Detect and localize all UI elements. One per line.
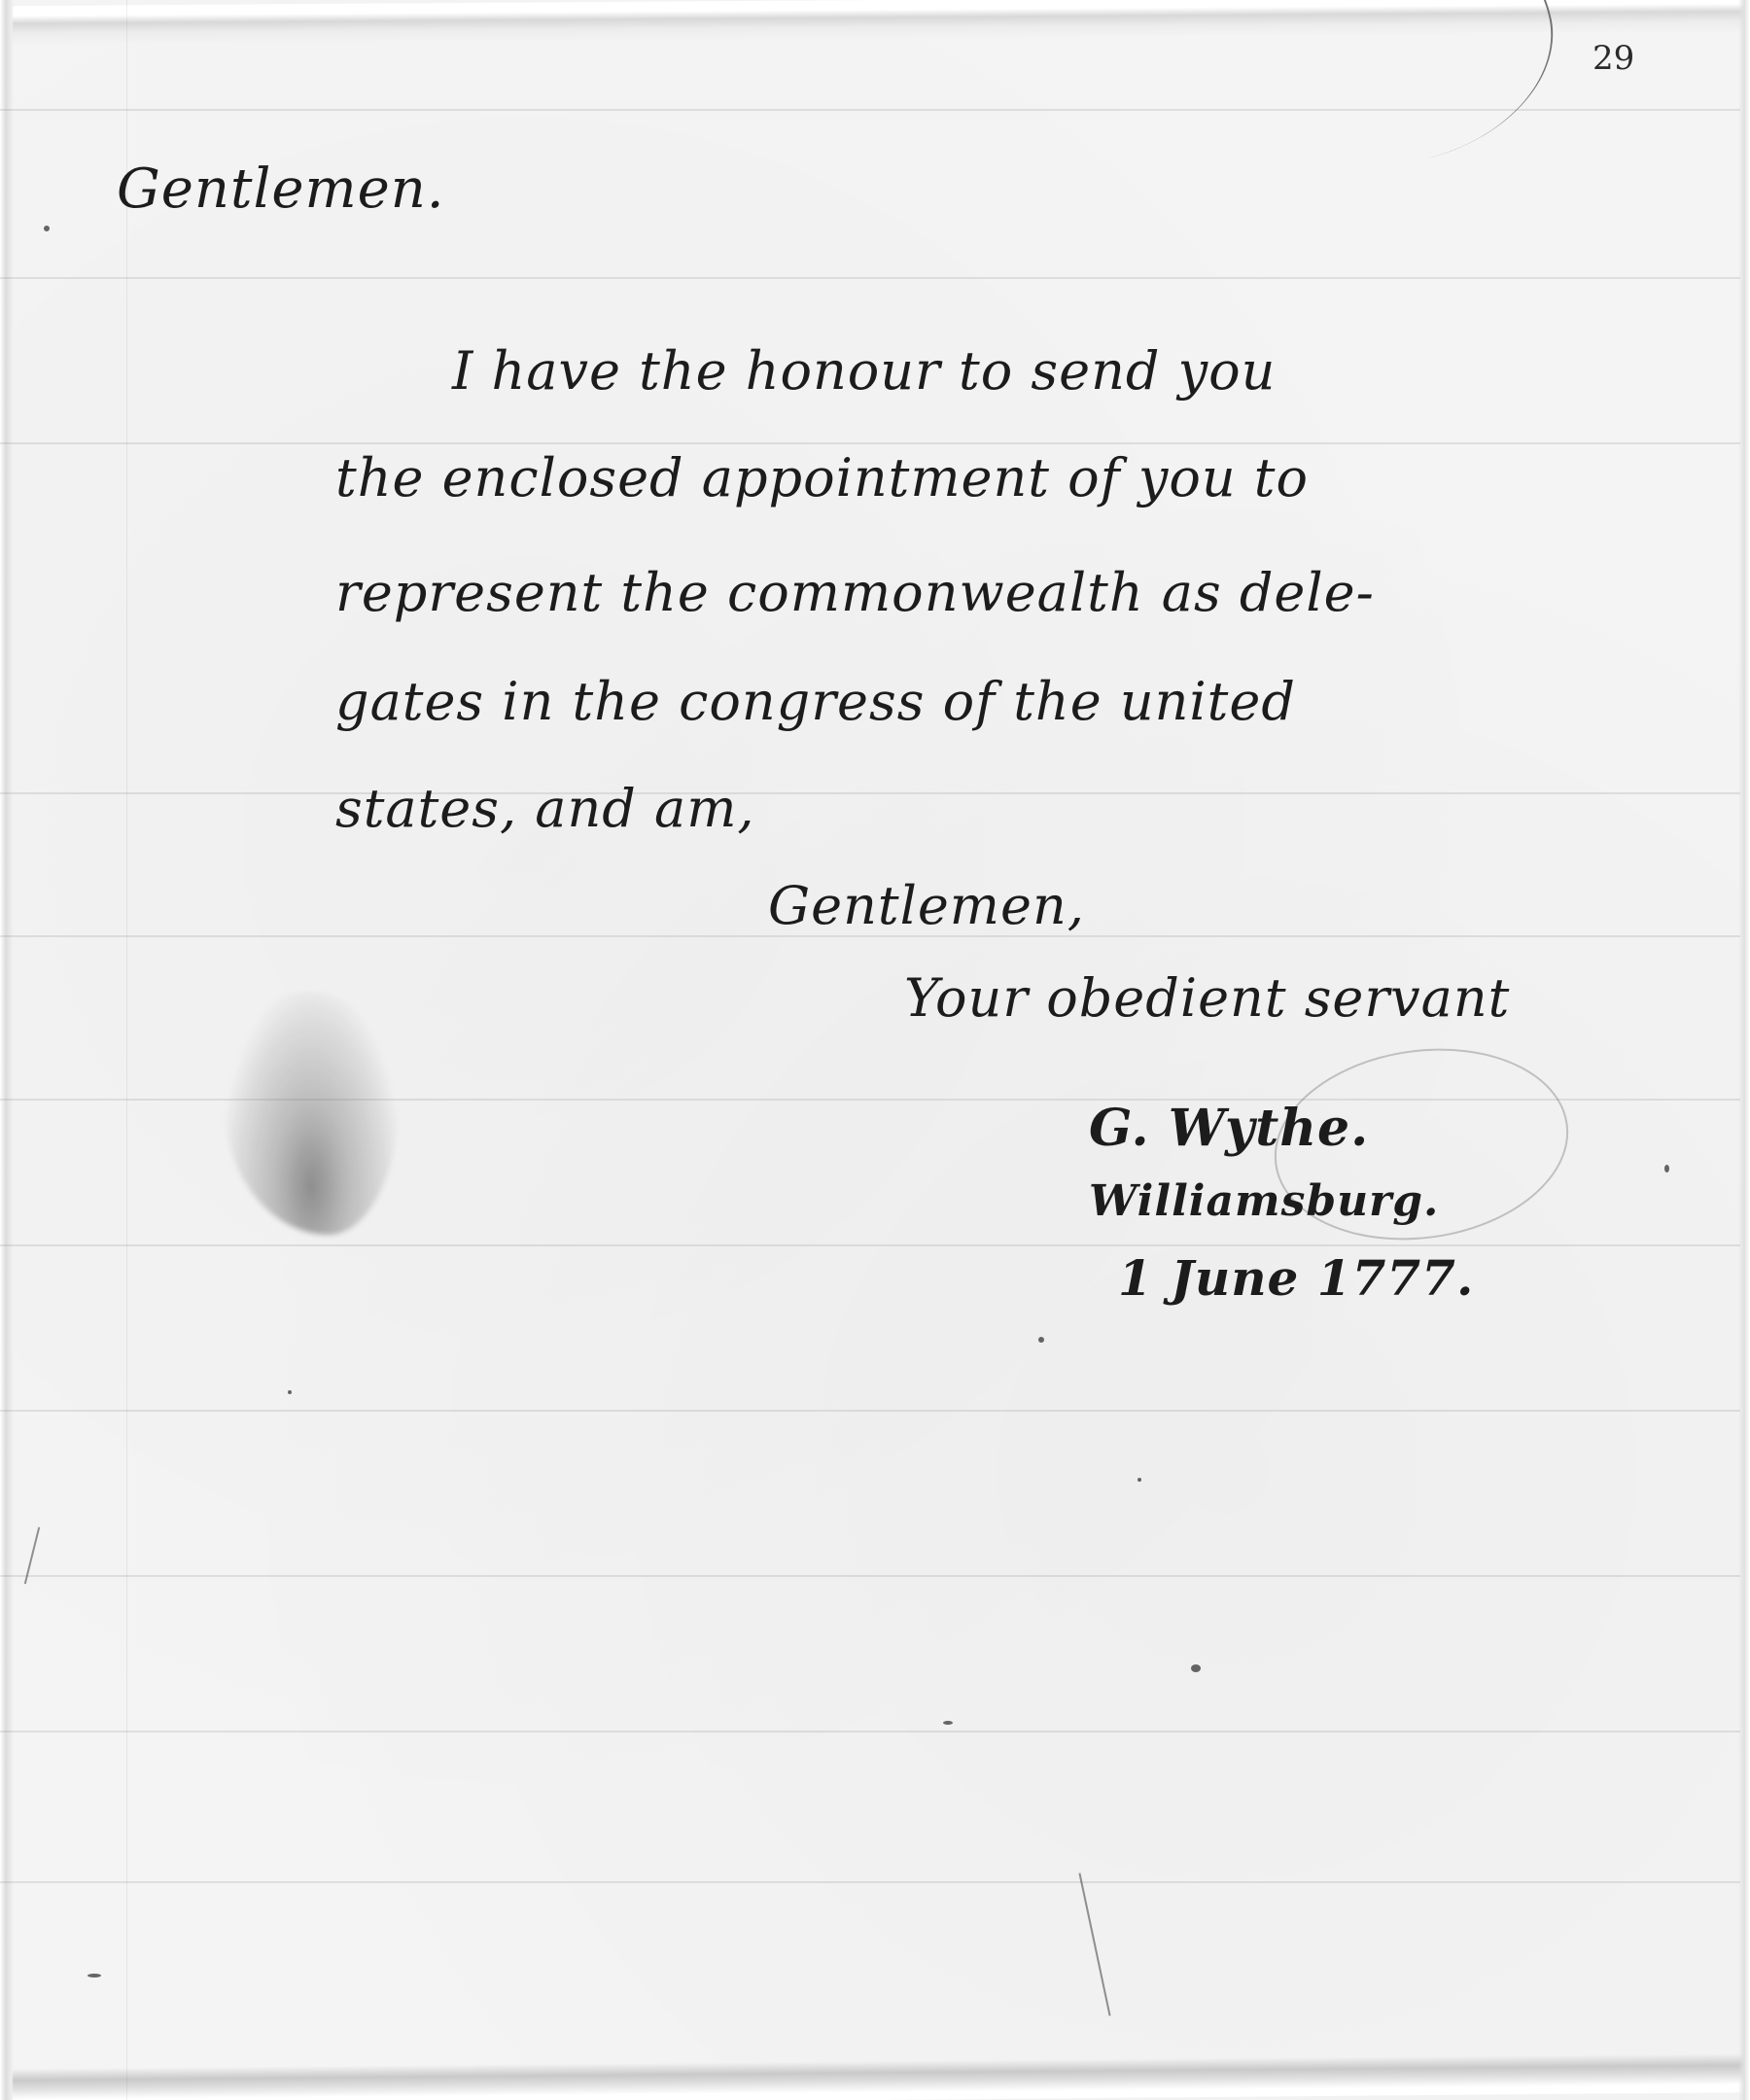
ruled-line (0, 277, 1740, 279)
speck (1137, 1478, 1141, 1482)
ink-stain (224, 992, 399, 1235)
faint-margin-line (126, 0, 127, 2100)
ruled-line (0, 1410, 1740, 1412)
page-bottom-edge (0, 2053, 1750, 2100)
speck (1038, 1337, 1044, 1343)
curved-pen-stroke (1108, 0, 1577, 221)
speck (1664, 1165, 1669, 1172)
speck (288, 1390, 292, 1394)
body-line: gates in the congress of the united (335, 671, 1296, 732)
page-right-edge (1738, 0, 1750, 2100)
ruled-line (0, 1731, 1740, 1732)
ruled-line (0, 442, 1740, 444)
complimentary-closing: Your obedient servant (904, 967, 1510, 1029)
salutation: Gentlemen. (117, 157, 445, 221)
body-line: I have the honour to send you (452, 340, 1276, 402)
place-of-writing: Williamsburg. (1089, 1176, 1439, 1226)
manuscript-page: 29 Gentlemen. I have the honour to send … (0, 0, 1750, 2100)
page-number: 29 (1592, 39, 1634, 78)
stray-pen-mark (1078, 1872, 1110, 2015)
page-left-edge (0, 0, 14, 2100)
speck (87, 1974, 101, 1977)
body-line: the enclosed appointment of you to (335, 447, 1309, 508)
ruled-line (0, 1881, 1740, 1883)
body-line: states, and am, (335, 778, 755, 839)
body-line: represent the commonwealth as dele- (335, 562, 1375, 623)
letter-date: 1 June 1777. (1118, 1249, 1474, 1307)
ruled-line (0, 792, 1740, 794)
ruled-line (0, 1575, 1740, 1577)
closing-salutation: Gentlemen, (768, 875, 1085, 936)
ruled-line (0, 1244, 1740, 1246)
signature: G. Wythe. (1089, 1099, 1369, 1158)
speck (943, 1721, 953, 1725)
speck (1191, 1664, 1201, 1672)
speck (44, 226, 50, 231)
